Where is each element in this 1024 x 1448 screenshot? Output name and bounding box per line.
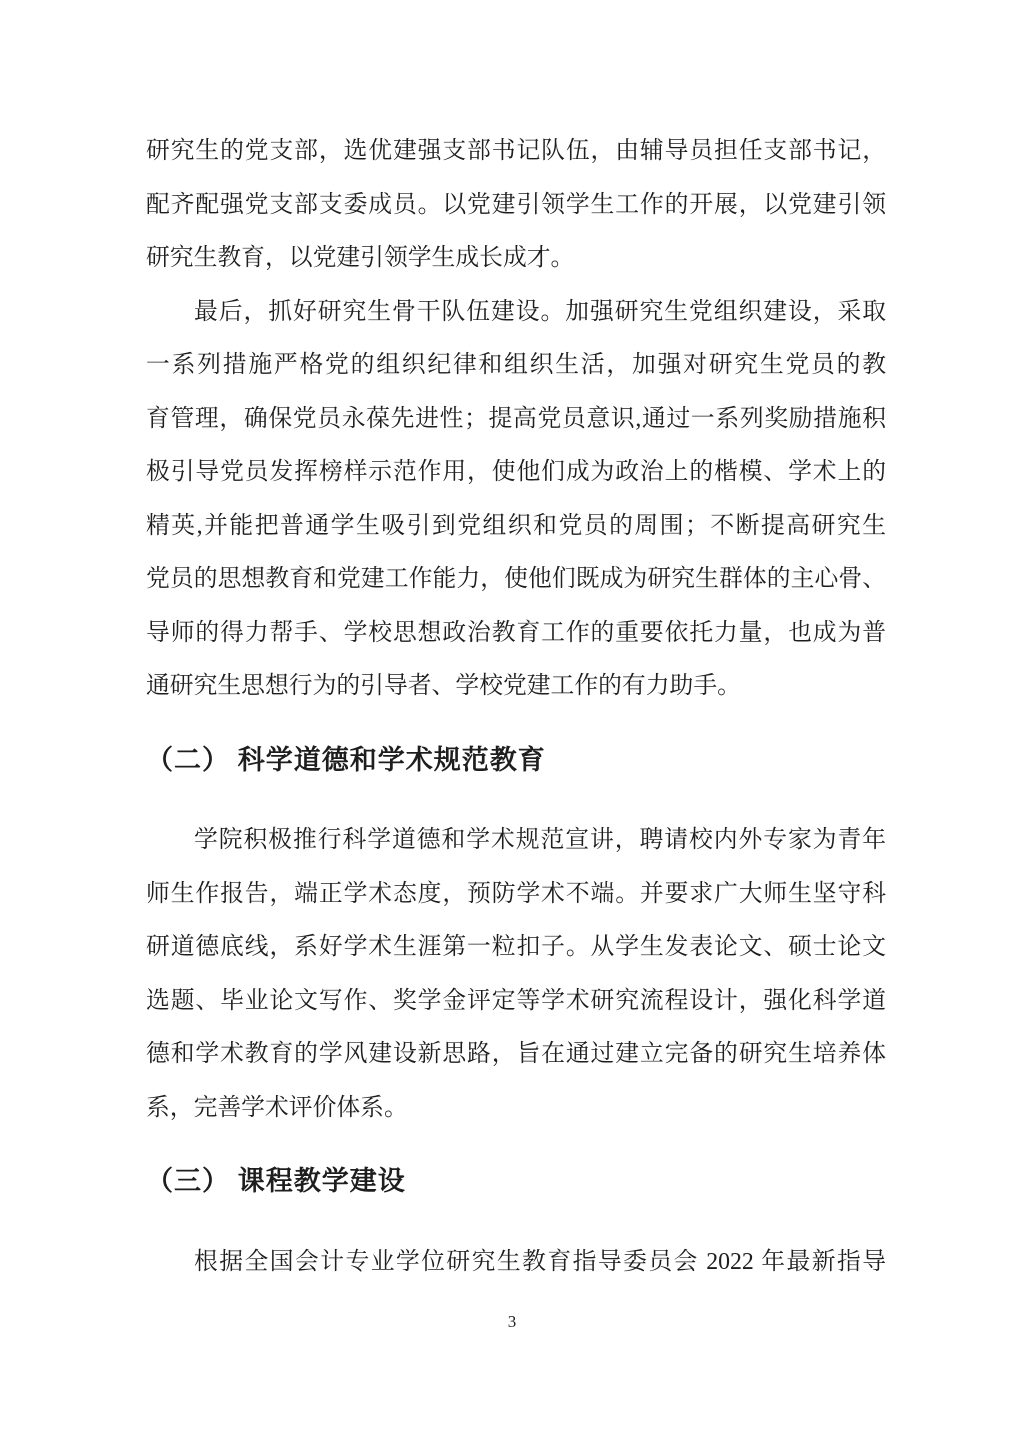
text-line: 德和学术教育的学风建设新思路，旨在通过建立完备的研究生培养体 xyxy=(146,1028,886,1082)
section-heading: （三） 课程教学建设 xyxy=(146,1155,886,1209)
text-line: 精英,并能把普通学生吸引到党组织和党员的周围；不断提高研究生 xyxy=(146,500,886,554)
text-line: 选题、毕业论文写作、奖学金评定等学术研究流程设计，强化科学道 xyxy=(146,975,886,1029)
text-line: 根据全国会计专业学位研究生教育指导委员会 2022 年最新指导 xyxy=(146,1236,886,1290)
document-page: 研究生的党支部，选优建强支部书记队伍，由辅导员担任支部书记，配齐配强党支部支委成… xyxy=(0,0,1024,1448)
text-line: 研究生的党支部，选优建强支部书记队伍，由辅导员担任支部书记， xyxy=(146,125,886,179)
text-line: 育管理，确保党员永葆先进性；提高党员意识,通过一系列奖励措施积 xyxy=(146,393,886,447)
text-line: 系，完善学术评价体系。 xyxy=(146,1082,886,1136)
paragraph: 研究生的党支部，选优建强支部书记队伍，由辅导员担任支部书记，配齐配强党支部支委成… xyxy=(146,125,886,286)
text-line: 一系列措施严格党的组织纪律和组织生活，加强对研究生党员的教 xyxy=(146,339,886,393)
page-number: 3 xyxy=(0,1312,1024,1332)
text-line: 师生作报告，端正学术态度，预防学术不端。并要求广大师生坚守科 xyxy=(146,868,886,922)
text-line: 党员的思想教育和党建工作能力，使他们既成为研究生群体的主心骨、 xyxy=(146,553,886,607)
text-line: 配齐配强党支部支委成员。以党建引领学生工作的开展，以党建引领 xyxy=(146,179,886,233)
text-line: 学院积极推行科学道德和学术规范宣讲，聘请校内外专家为青年 xyxy=(146,814,886,868)
paragraph: 最后，抓好研究生骨干队伍建设。加强研究生党组织建设，采取一系列措施严格党的组织纪… xyxy=(146,286,886,714)
paragraph: 学院积极推行科学道德和学术规范宣讲，聘请校内外专家为青年师生作报告，端正学术态度… xyxy=(146,814,886,1135)
document-body: 研究生的党支部，选优建强支部书记队伍，由辅导员担任支部书记，配齐配强党支部支委成… xyxy=(146,125,886,1289)
paragraph: 根据全国会计专业学位研究生教育指导委员会 2022 年最新指导 xyxy=(146,1236,886,1290)
text-line: 研道德底线，系好学术生涯第一粒扣子。从学生发表论文、硕士论文 xyxy=(146,921,886,975)
section-heading: （二） 科学道德和学术规范教育 xyxy=(146,734,886,788)
text-line: 导师的得力帮手、学校思想政治教育工作的重要依托力量，也成为普 xyxy=(146,607,886,661)
text-line: 最后，抓好研究生骨干队伍建设。加强研究生党组织建设，采取 xyxy=(146,286,886,340)
text-line: 通研究生思想行为的引导者、学校党建工作的有力助手。 xyxy=(146,660,886,714)
text-line: 研究生教育，以党建引领学生成长成才。 xyxy=(146,232,886,286)
text-line: 极引导党员发挥榜样示范作用，使他们成为政治上的楷模、学术上的 xyxy=(146,446,886,500)
